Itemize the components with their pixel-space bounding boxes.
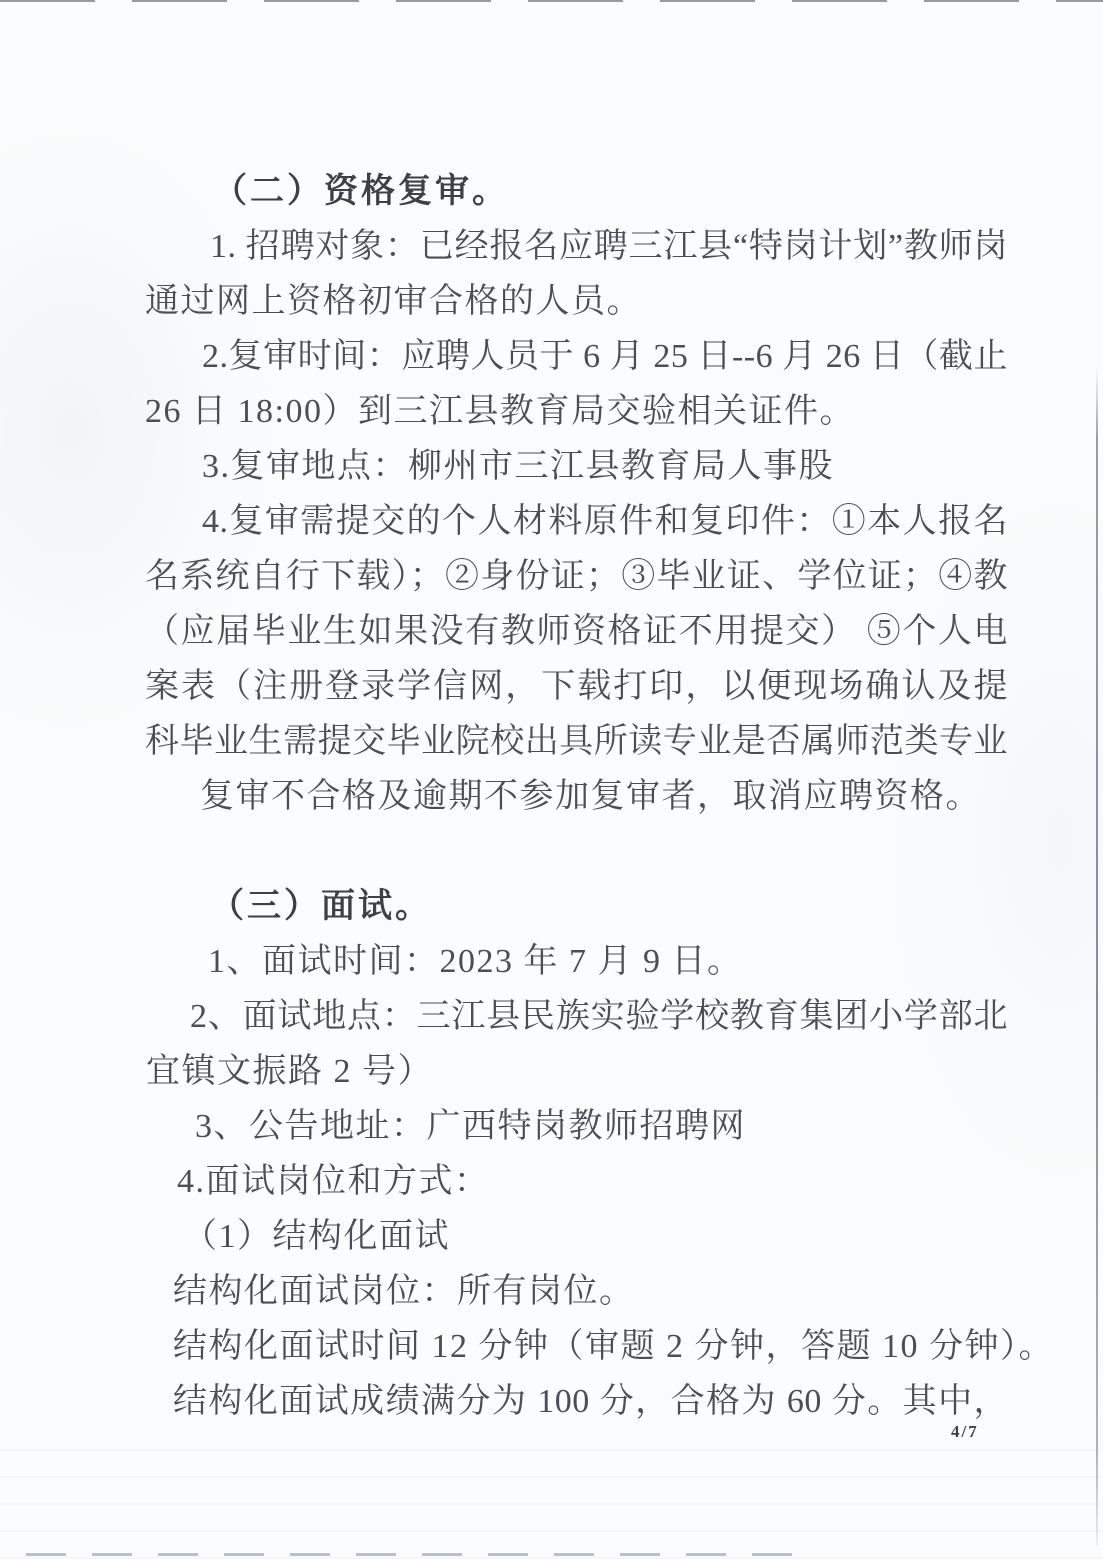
text-line: （应届毕业生如果没有教师资格证不用提交） ⑤个人电子学历备 — [145, 604, 1008, 659]
text-line: 科毕业生需提交毕业院校出具所读专业是否属师范类专业的证明。 — [145, 714, 1008, 769]
text-line: 1. 招聘对象：已经报名应聘三江县“特岗计划”教师岗位并 — [210, 219, 1008, 274]
text-line: 26 日 18:00）到三江县教育局交验相关证件。 — [145, 384, 1008, 439]
text-line: 2.复审时间：应聘人员于 6 月 25 日--6 月 26 日（截止 6 月 — [202, 329, 1008, 384]
section-heading: （三）面试。 — [210, 879, 1008, 934]
text-line: 4.复审需提交的个人材料原件和复印件：①本人报名表（在报 — [202, 494, 1008, 549]
text-line: 3、公告地址：广西特岗教师招聘网 — [195, 1099, 1008, 1154]
text-line: 通过网上资格初审合格的人员。 — [145, 274, 1008, 329]
scan-edge-line-bottom — [26, 1553, 806, 1556]
scan-edge-line-top — [0, 0, 1103, 2]
text-line: 2、面试地点：三江县民族实验学校教育集团小学部北校区（古 — [190, 989, 1008, 1044]
text-line: （1）结构化面试 — [183, 1209, 1008, 1264]
page-number: 4/7 — [951, 1422, 979, 1442]
text-line: 结构化面试时间 12 分钟（审题 2 分钟，答题 10 分钟）。 — [173, 1319, 1008, 1374]
text-line: 1、面试时间：2023 年 7 月 9 日。 — [208, 934, 1008, 989]
text-line: 案表（注册登录学信网，下载打印，以便现场确认及提交）；⑥专 — [145, 659, 1008, 714]
text-line: 结构化面试成绩满分为 100 分，合格为 60 分。其中，结构化 — [173, 1374, 1008, 1429]
text-line: 3.复审地点：柳州市三江县教育局人事股 — [202, 439, 1008, 494]
section-heading: （二）资格复审。 — [213, 164, 1008, 219]
text-line: 结构化面试岗位：所有岗位。 — [173, 1264, 1008, 1319]
text-line: 4.面试岗位和方式： — [177, 1154, 1008, 1209]
scan-edge-line-right — [1096, 368, 1098, 1546]
text-line: 名系统自行下载）；②身份证；③毕业证、学位证；④教师资格证 — [145, 549, 1008, 604]
document-body: （二）资格复审。1. 招聘对象：已经报名应聘三江县“特岗计划”教师岗位并通过网上… — [145, 164, 1008, 1429]
text-line: 复审不合格及逾期不参加复审者，取消应聘资格。 — [200, 769, 1008, 824]
text-line: 宜镇文振路 2 号） — [146, 1044, 1008, 1099]
scanned-document-page: （二）资格复审。1. 招聘对象：已经报名应聘三江县“特岗计划”教师岗位并通过网上… — [0, 0, 1103, 1559]
scan-artifact-noise-band — [0, 1449, 1103, 1559]
